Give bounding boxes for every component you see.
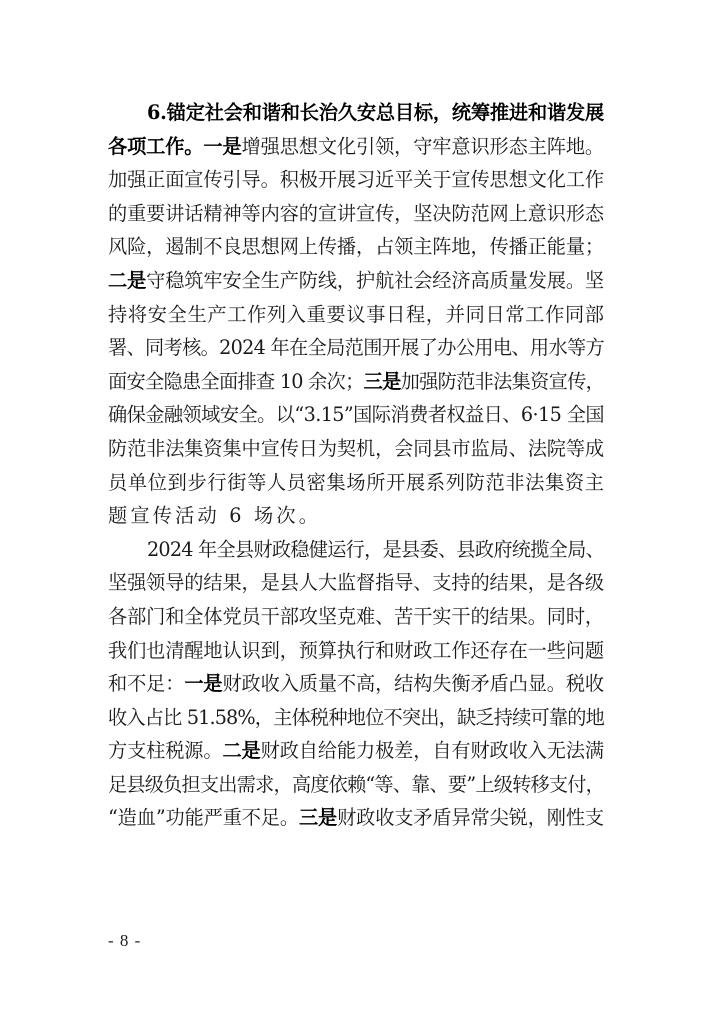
text-line: 和不足：一是财政收入质量不高，结构失衡矛盾凸显。税收 (108, 667, 604, 701)
body-text: 持将安全生产工作列入重要议事日程，并同日常工作同部 (108, 303, 604, 326)
text-line: 面安全隐患全面排查 10 余次；三是加强防范非法集资宣传， (108, 365, 604, 399)
text-line: 我们也清醒地认识到，预算执行和财政工作还存在一些问题 (108, 634, 604, 668)
body-text: 收入占比 51.58%，主体税种地位不突出，缺乏持续可靠的地 (108, 706, 604, 729)
body-text: 面安全隐患全面排查 10 余次； (108, 370, 364, 393)
body-text: 足县级负担支出需求，高度依赖“等、靠、要”上级转移支付， (108, 773, 604, 796)
point-label: 二是 (222, 739, 260, 762)
body-text: 署、同考核。2024 年在全局范围开展了办公用电、用水等方 (108, 336, 604, 359)
body-text: 增强思想文化引领，守牢意识形态主阵地。 (242, 135, 604, 158)
text-line: 风险，遏制不良思想网上传播，占领主阵地，传播正能量； (108, 230, 604, 264)
body-text: 防范非法集资集中宣传日为契机，会同县市监局、法院等成 (108, 437, 604, 460)
text-line: “造血”功能严重不足。三是财政收支矛盾异常尖锐，刚性支 (108, 801, 604, 835)
heading-continuation: 各项工作。一是 (108, 135, 242, 158)
text-line: 各部门和全体党员干部攻坚克难、苦干实干的结果。同时， (108, 600, 604, 634)
body-text: 风险，遏制不良思想网上传播，占领主阵地，传播正能量； (108, 235, 604, 258)
section-heading: 6.锚定社会和谐和长治久安总目标，统筹推进和谐发展 (147, 101, 604, 124)
point-label: 三是 (299, 806, 337, 829)
text-line: 二是守稳筑牢安全生产防线，护航社会经济高质量发展。坚 (108, 264, 604, 298)
text-line: 持将安全生产工作列入重要议事日程，并同日常工作同部 (108, 298, 604, 332)
text-line: 署、同考核。2024 年在全局范围开展了办公用电、用水等方 (108, 331, 604, 365)
text-line: 2024 年全县财政稳健运行，是县委、县政府统揽全局、 (108, 533, 604, 567)
text-line: 足县级负担支出需求，高度依赖“等、靠、要”上级转移支付， (108, 768, 604, 802)
body-text: 方支柱税源。 (108, 739, 222, 762)
document-page: 6.锚定社会和谐和长治久安总目标，统筹推进和谐发展 各项工作。一是增强思想文化引… (0, 0, 714, 1010)
document-body: 6.锚定社会和谐和长治久安总目标，统筹推进和谐发展 各项工作。一是增强思想文化引… (108, 96, 604, 835)
point-label: 一是 (184, 672, 222, 695)
text-line: 的重要讲话精神等内容的宣讲宣传，坚决防范网上意识形态 (108, 197, 604, 231)
text-line: 坚强领导的结果，是县人大监督指导、支持的结果，是各级 (108, 566, 604, 600)
text-line: 各项工作。一是增强思想文化引领，守牢意识形态主阵地。 (108, 130, 604, 164)
body-text: 各部门和全体党员干部攻坚克难、苦干实干的结果。同时， (108, 605, 604, 628)
body-text: 我们也清醒地认识到，预算执行和财政工作还存在一些问题 (108, 639, 604, 662)
text-line: 6.锚定社会和谐和长治久安总目标，统筹推进和谐发展 (108, 96, 604, 130)
text-line: 题宣传活动 6 场次。 (108, 499, 604, 533)
text-line: 方支柱税源。二是财政自给能力极差，自有财政收入无法满 (108, 734, 604, 768)
text-line: 收入占比 51.58%，主体税种地位不突出，缺乏持续可靠的地 (108, 701, 604, 735)
body-text: 财政自给能力极差，自有财政收入无法满 (261, 739, 604, 762)
point-label: 三是 (364, 370, 401, 393)
text-line: 加强正面宣传引导。积极开展习近平关于宣传思想文化工作 (108, 163, 604, 197)
body-text: 2024 年全县财政稳健运行，是县委、县政府统揽全局、 (147, 538, 604, 561)
body-text: 坚强领导的结果，是县人大监督指导、支持的结果，是各级 (108, 571, 604, 594)
point-label: 二是 (108, 269, 146, 292)
text-line: 防范非法集资集中宣传日为契机，会同县市监局、法院等成 (108, 432, 604, 466)
body-text: 守稳筑牢安全生产防线，护航社会经济高质量发展。坚 (146, 269, 604, 292)
text-line: 员单位到步行街等人员密集场所开展系列防范非法集资主 (108, 466, 604, 500)
body-text: 财政收入质量不高，结构失衡矛盾凸显。税收 (222, 672, 604, 695)
body-text: 的重要讲话精神等内容的宣讲宣传，坚决防范网上意识形态 (108, 202, 604, 225)
body-text: 和不足： (108, 672, 184, 695)
body-text: 员单位到步行街等人员密集场所开展系列防范非法集资主 (108, 471, 604, 494)
page-number: - 8 - (108, 931, 141, 951)
text-line: 确保金融领域安全。以“3.15”国际消费者权益日、6·15 全国 (108, 398, 604, 432)
body-text: 加强防范非法集资宣传， (401, 370, 604, 393)
body-text: “造血”功能严重不足。 (108, 806, 299, 829)
body-text: 加强正面宣传引导。积极开展习近平关于宣传思想文化工作 (108, 168, 604, 191)
body-text: 财政收支矛盾异常尖锐，刚性支 (337, 806, 604, 829)
body-text: 题宣传活动 6 场次。 (108, 504, 321, 527)
body-text: 确保金融领域安全。以“3.15”国际消费者权益日、6·15 全国 (108, 403, 604, 426)
